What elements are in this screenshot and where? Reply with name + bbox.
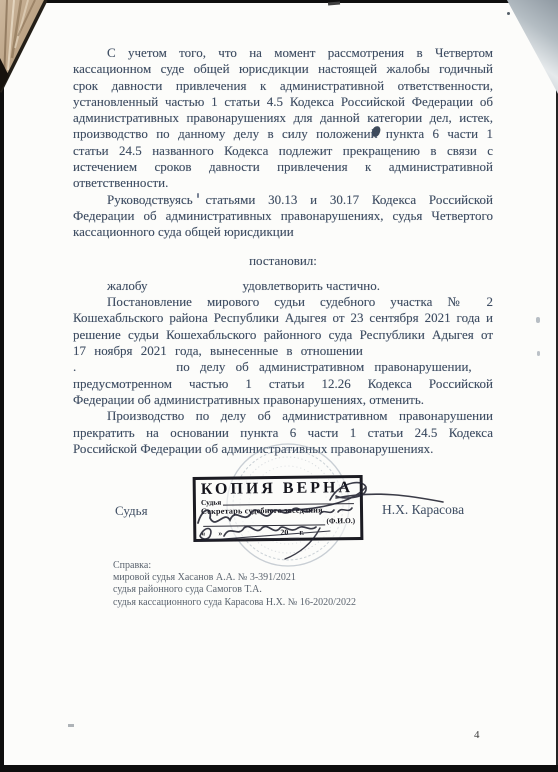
text-line: С учетом того, что на момент рассмотрени… (73, 45, 493, 61)
text-line: кассационном суде общей юрисдикции насто… (73, 61, 493, 77)
scan-edge-bottom (0, 765, 558, 772)
text-line: ответственности. (73, 175, 493, 191)
scan-speck (537, 351, 540, 356)
text-fragment: удовлетворить частично. (242, 278, 380, 293)
text-line: административных правонарушениях для дан… (73, 110, 493, 126)
judge-name: Н.Х. Карасова (382, 502, 464, 518)
text-line: Федерации об административных правонаруш… (73, 392, 493, 408)
scan-shadow-corner (489, 0, 558, 102)
text-line: статьи 24.5 названного Кодекса подлежит … (73, 143, 493, 159)
redacted-gap (147, 289, 242, 290)
text-fragment: жалобу (107, 278, 147, 293)
spravka-line: судья районного суда Самогов Т.А. (113, 584, 356, 596)
text-line: Кошехабльского района Республики Адыгея … (73, 310, 493, 326)
resolved-heading: постановил: (73, 253, 493, 269)
scan-edge-left (0, 0, 4, 772)
document-body: С учетом того, что на момент рассмотрени… (73, 45, 493, 457)
text-line: Руководствуясь статьями 30.13 и 30.17 Ко… (73, 192, 493, 208)
text-line: Производство по делу об административном… (73, 408, 493, 424)
scanned-court-document-page: С учетом того, что на момент рассмотрени… (0, 0, 558, 772)
text-line: Федерации об административных правонаруш… (73, 208, 493, 224)
text-line-with-redaction: .по делу об административном правонаруше… (73, 359, 493, 375)
text-line: производство по данному делу в силу поло… (73, 126, 493, 142)
judge-label: Судья (115, 503, 148, 519)
text-line: кассационного суда общей юрисдикции (73, 224, 493, 240)
spravka-line: мировой судья Хасанов А.А. № 3-391/2021 (113, 572, 356, 584)
text-line: установленный частью 1 статьи 4.5 Кодекс… (73, 94, 493, 110)
scan-speck (328, 1, 340, 5)
text-line: срок давности привлечения к администрати… (73, 78, 493, 94)
scan-speck (68, 724, 74, 727)
text-fragment: . (73, 359, 76, 374)
spravka-block: Справка: мировой судья Хасанов А.А. № 3-… (113, 560, 356, 609)
redacted-gap (76, 370, 176, 371)
text-line-with-redaction: жалобуудовлетворить частично. (73, 278, 493, 294)
spravka-title: Справка: (113, 560, 356, 572)
scan-speck (507, 12, 510, 15)
spravka-line: судья кассационного суда Карасова Н.Х. №… (113, 597, 356, 609)
text-line: предусмотренном частью 1 статьи 12.26 Ко… (73, 376, 493, 392)
page-number: 4 (474, 729, 480, 741)
text-line: решение судьи Кошехабльского районного с… (73, 327, 493, 343)
text-fragment: по делу об административном правонарушен… (176, 359, 471, 374)
text-line: истечением сроков давности привлечения к… (73, 159, 493, 175)
text-line: 17 ноября 2021 года, вынесенные в отноше… (73, 343, 493, 359)
scan-speck (536, 317, 540, 323)
text-line: Постановление мирового судьи судебного у… (73, 294, 493, 310)
